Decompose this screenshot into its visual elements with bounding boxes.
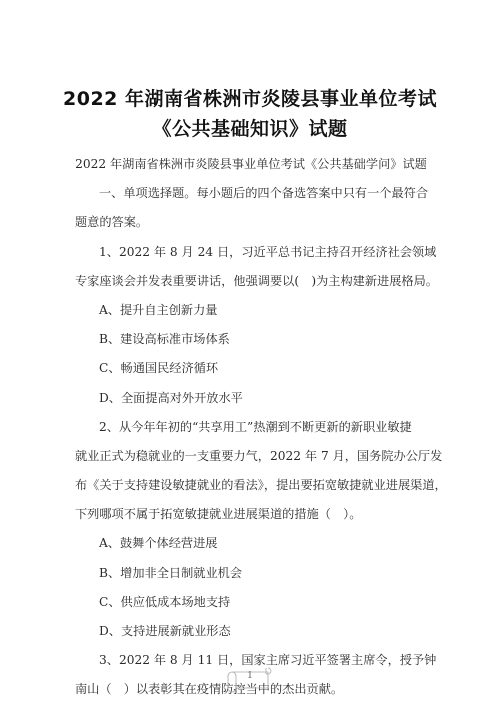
question-1-option-a: A、提升自主创新力量 bbox=[75, 296, 427, 325]
question-2-text-cont: 就业正式为稳就业的一支重要力气，2022 年 7 月，国务院办公厅发 bbox=[75, 442, 427, 471]
question-2-option-a: A、鼓舞个体经营进展 bbox=[75, 529, 427, 558]
document-body: 2022 年湖南省株洲市炎陵县事业单位考试《公共基础学问》试题 一、单项选择题。… bbox=[75, 150, 427, 705]
section-heading-cont: 题意的答案。 bbox=[75, 208, 427, 237]
document-title-line-2: 《公共基础知识》试题 bbox=[0, 114, 500, 141]
question-1-text-cont: 专家座谈会并发表重要讲话，他强调要以( )为主构建新进展格局。 bbox=[75, 267, 427, 296]
question-2-text-cont: 下列哪项不属于拓宽敏捷就业进展渠道的措施（ ）。 bbox=[75, 500, 427, 529]
question-2-text-cont: 布《关于支持建设敏捷就业的看法》，提出要拓宽敏捷就业进展渠道， bbox=[75, 471, 427, 500]
question-1-option-b: B、建设高标准市场体系 bbox=[75, 325, 427, 354]
question-1-option-d: D、全面提高对外开放水平 bbox=[75, 384, 427, 413]
page-number: 1 bbox=[222, 671, 278, 681]
page-footer: 1 bbox=[222, 664, 278, 694]
section-heading: 一、单项选择题。每小题后的四个备选答案中只有一个最符合 bbox=[75, 179, 427, 208]
document-subtitle: 2022 年湖南省株洲市炎陵县事业单位考试《公共基础学问》试题 bbox=[75, 150, 427, 179]
question-1-text: 1、2022 年 8 月 24 日，习近平总书记主持召开经济社会领域 bbox=[75, 238, 427, 267]
question-2-option-d: D、支持进展新就业形态 bbox=[75, 617, 427, 646]
document-title-line-1: 2022 年湖南省株洲市炎陵县事业单位考试 bbox=[0, 84, 500, 111]
question-2-text: 2、从今年年初的“共享用工”热潮到不断更新的新职业敏捷 bbox=[75, 413, 427, 442]
question-2-option-c: C、供应低成本场地支持 bbox=[75, 588, 427, 617]
question-2-option-b: B、增加非全日制就业机会 bbox=[75, 559, 427, 588]
question-1-option-c: C、畅通国民经济循环 bbox=[75, 354, 427, 383]
